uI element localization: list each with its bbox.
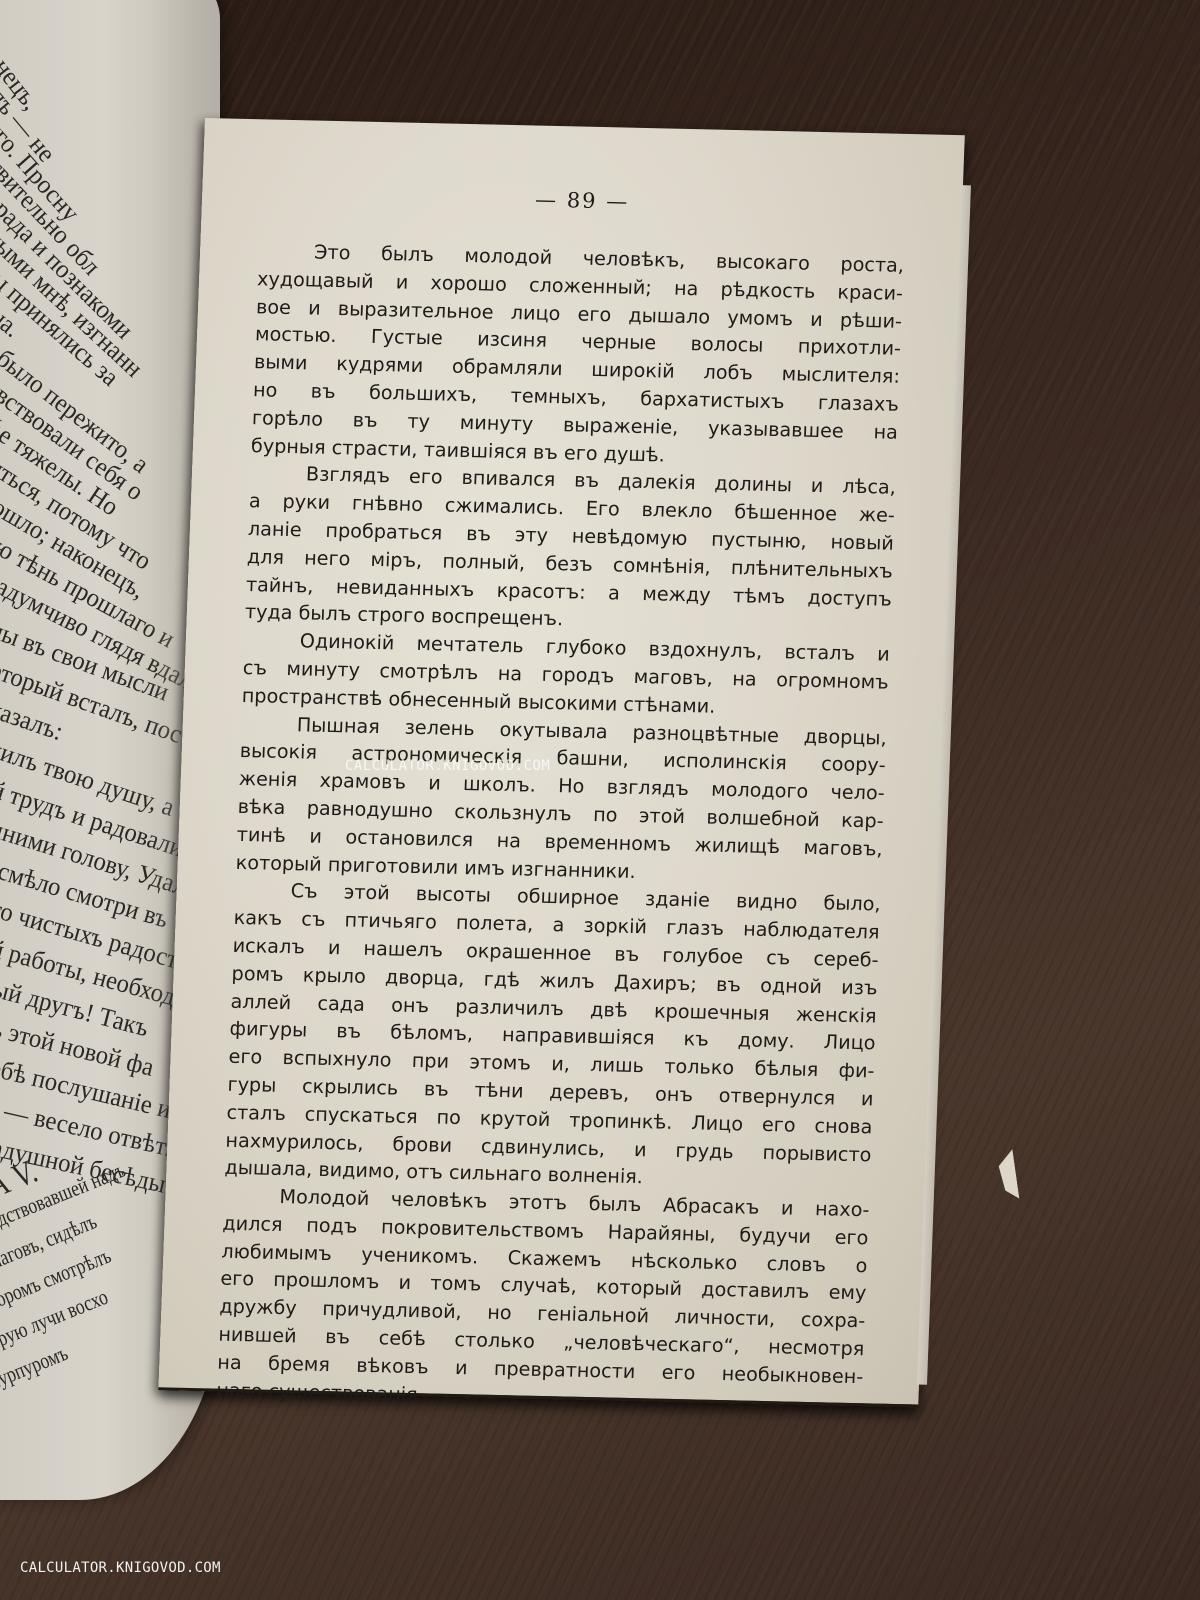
page-body-text: Это былъ молодой человѣкъ, высокаго рост…: [216, 237, 905, 1418]
paragraph: Это былъ молодой человѣкъ, высокаго рост…: [251, 237, 905, 474]
paragraph: Одинокій мечтатель глубоко вздохнулъ, вс…: [241, 626, 890, 724]
page-number: — 89 —: [202, 180, 963, 221]
right-page: — 89 — Это былъ молодой человѣкъ, высока…: [158, 118, 964, 1408]
page-edge: [917, 185, 971, 1385]
watermark-bottom-left: CALCULATOR.KNIGOVOD.COM: [20, 1560, 221, 1576]
paragraph: Молодой человѣкъ этотъ былъ Абрасакъ и н…: [216, 1182, 870, 1419]
paragraph: Пышная зелень окутывала разноцвѣтные дво…: [235, 710, 887, 891]
paragraph: Съ этой высоты обширное зданіе видно был…: [224, 876, 881, 1196]
paragraph: Взглядъ его впивался въ далекія долины и…: [244, 459, 896, 640]
torn-paper-tab: [997, 1149, 1020, 1201]
